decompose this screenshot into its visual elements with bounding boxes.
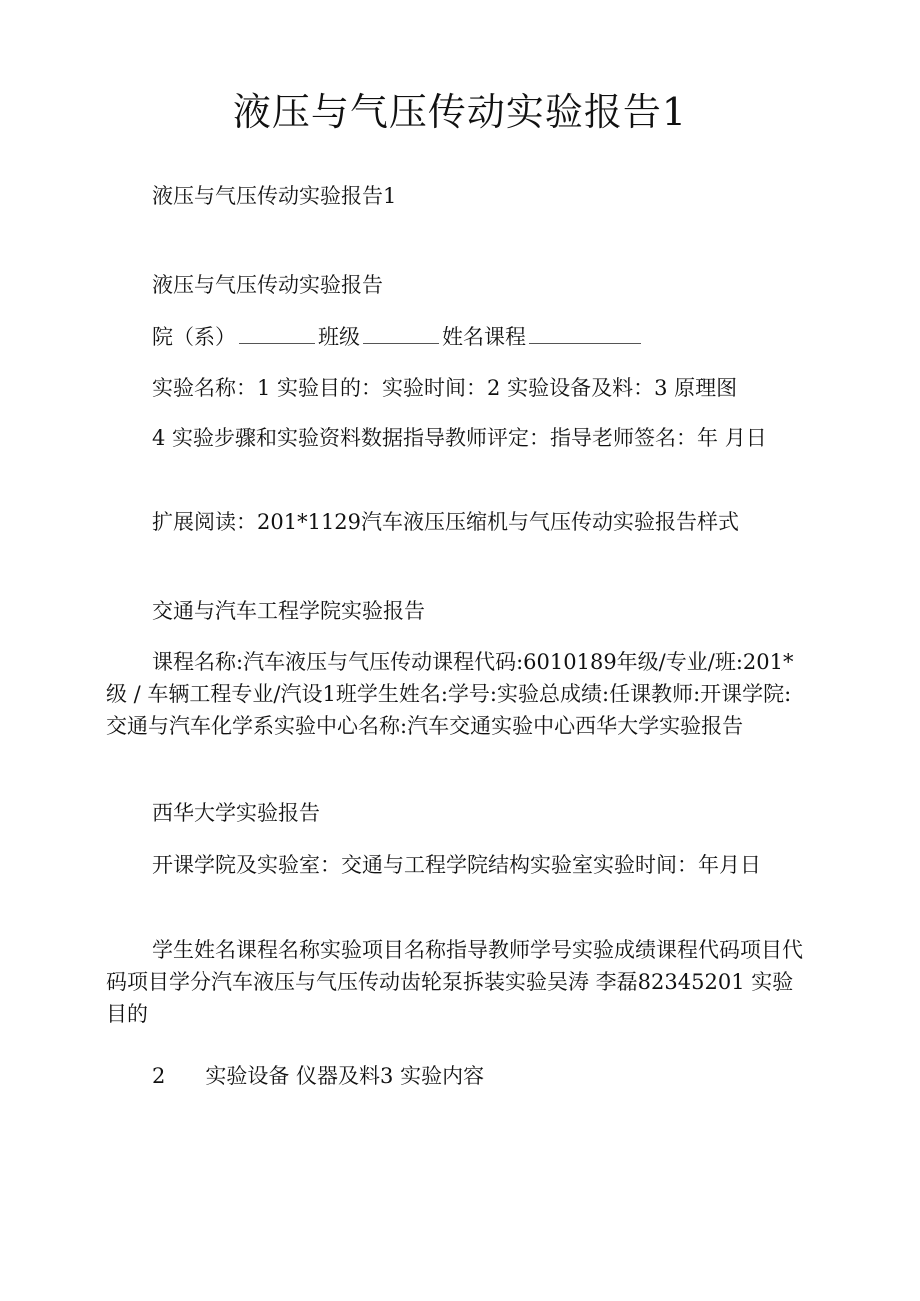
- section-number: 2: [152, 1064, 165, 1088]
- blank-class: [363, 325, 439, 344]
- blank-course: [529, 325, 641, 344]
- paragraph-lab-info: 开课学院及实验室：交通与工程学院结构实验室实验时间：年月日: [106, 849, 806, 881]
- paragraph-student-table: 学生姓名课程名称实验项目名称指导教师学号实验成绩课程代码项目代码项目学分汽车液压…: [106, 934, 806, 1030]
- blank-department: [239, 325, 315, 344]
- paragraph-extended-reading: 扩展阅读：201*1129汽车液压压缩机与气压传动实验报告样式: [106, 506, 806, 538]
- paragraph-college-report: 交通与汽车工程学院实验报告: [106, 595, 806, 627]
- label-department: 院（系）: [152, 325, 236, 349]
- paragraph-experiment-items: 实验名称：1 实验目的：实验时间：2 实验设备及料：3 原理图: [106, 372, 806, 404]
- paragraph-xihua-report: 西华大学实验报告: [106, 797, 806, 829]
- paragraph-course-info: 课程名称:汽车液压与气压传动课程代码:6010189年级/专业/班:201*级 …: [106, 646, 806, 742]
- paragraph-equipment: 2实验设备 仪器及料3 实验内容: [106, 1060, 806, 1092]
- paragraph-form-fields: 院（系）班级姓名课程: [106, 321, 806, 353]
- paragraph-report-heading: 液压与气压传动实验报告: [106, 269, 806, 301]
- section-text: 实验设备 仪器及料3 实验内容: [205, 1064, 484, 1088]
- paragraph-experiment-steps: 4 实验步骤和实验资料数据指导教师评定：指导老师签名：年 月日: [106, 422, 806, 454]
- paragraph-subtitle: 液压与气压传动实验报告1: [106, 180, 806, 212]
- document-page: 液压与气压传动实验报告1 液压与气压传动实验报告1 液压与气压传动实验报告 院（…: [0, 0, 920, 1301]
- label-name-course: 姓名课程: [442, 325, 526, 349]
- label-class: 班级: [318, 325, 360, 349]
- document-title: 液压与气压传动实验报告1: [0, 88, 920, 136]
